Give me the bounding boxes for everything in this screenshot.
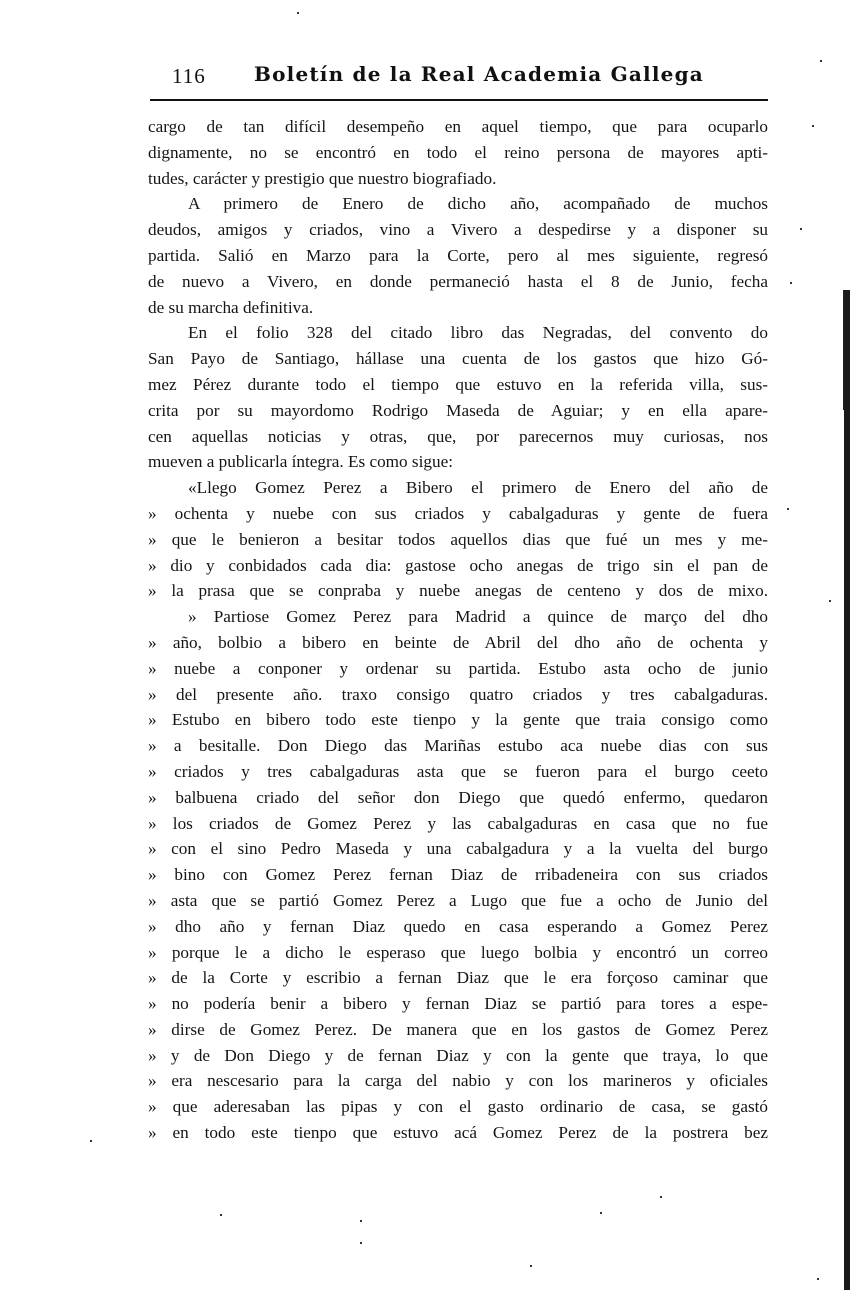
- text-line: mez Pérez durante todo el tiempo que est…: [148, 372, 768, 398]
- scan-speck: [360, 1242, 362, 1244]
- text-line: mueven a publicarla íntegra. Es como sig…: [148, 449, 768, 475]
- text-line: » dio y conbidados cada dia: gastose och…: [148, 553, 768, 579]
- scan-speck: [600, 1212, 602, 1214]
- scan-speck: [800, 228, 802, 230]
- page-number: 116: [172, 64, 206, 89]
- scan-speck: [820, 60, 822, 62]
- text-line: » en todo este tienpo que estuvo acá Gom…: [148, 1120, 768, 1146]
- text-line: » no podería benir a bibero y fernan Dia…: [148, 991, 768, 1017]
- text-line: de su marcha definitiva.: [148, 295, 768, 321]
- text-line: » nuebe a conponer y ordenar su partida.…: [148, 656, 768, 682]
- scan-speck: [817, 1278, 819, 1280]
- text-line: » que le benieron a besitar todos aquell…: [148, 527, 768, 553]
- text-line: A primero de Enero de dicho año, acompañ…: [148, 191, 768, 217]
- text-line: deudos, amigos y criados, vino a Vivero …: [148, 217, 768, 243]
- header-rule: [150, 99, 768, 101]
- text-line: cen aquellas noticias y otras, que, por …: [148, 424, 768, 450]
- scanned-page: 116 Boletín de la Real Academia Gallega …: [0, 0, 850, 1290]
- text-line: San Payo de Santiago, hállase una cuenta…: [148, 346, 768, 372]
- body-text: cargo de tan difícil desempeño en aquel …: [148, 114, 768, 1146]
- text-line: » que aderesaban las pipas y con el gast…: [148, 1094, 768, 1120]
- text-line: » con el sino Pedro Maseda y una cabalga…: [148, 836, 768, 862]
- scan-edge-border: [844, 290, 850, 1290]
- running-title: Boletín de la Real Academia Gallega: [254, 62, 704, 86]
- scan-speck: [530, 1265, 532, 1267]
- scan-speck: [360, 1220, 362, 1222]
- text-line: de nuevo a Vivero, en donde permaneció h…: [148, 269, 768, 295]
- text-line: » asta que se partió Gomez Perez a Lugo …: [148, 888, 768, 914]
- text-line: partida. Salió en Marzo para la Corte, p…: [148, 243, 768, 269]
- text-line: » balbuena criado del señor don Diego qu…: [148, 785, 768, 811]
- text-line: cargo de tan difícil desempeño en aquel …: [148, 114, 768, 140]
- paragraph: En el folio 328 del citado libro das Neg…: [148, 320, 768, 475]
- text-line: » porque le a dicho le esperaso que lueg…: [148, 940, 768, 966]
- text-line: tudes, carácter y prestigio que nuestro …: [148, 166, 768, 192]
- text-line: » y de Don Diego y de fernan Diaz y con …: [148, 1043, 768, 1069]
- text-line: » la prasa que se conpraba y nuebe anega…: [148, 578, 768, 604]
- text-line: En el folio 328 del citado libro das Neg…: [148, 320, 768, 346]
- scan-speck: [297, 12, 299, 14]
- text-line: » bino con Gomez Perez fernan Diaz de rr…: [148, 862, 768, 888]
- scan-speck: [90, 1140, 92, 1142]
- text-line: crita por su mayordomo Rodrigo Maseda de…: [148, 398, 768, 424]
- scan-speck: [790, 282, 792, 284]
- scan-speck: [787, 508, 789, 510]
- paragraph: A primero de Enero de dicho año, acompañ…: [148, 191, 768, 320]
- scan-speck: [220, 1214, 222, 1216]
- scan-speck: [660, 1196, 662, 1198]
- text-line: » a besitalle. Don Diego das Mariñas est…: [148, 733, 768, 759]
- text-line: » era nescesario para la carga del nabio…: [148, 1068, 768, 1094]
- scan-speck: [829, 600, 831, 602]
- page-header: 116 Boletín de la Real Academia Gallega: [160, 62, 768, 96]
- scan-speck: [812, 125, 814, 127]
- text-line: » del presente año. traxo consigo quatro…: [148, 682, 768, 708]
- text-line: » los criados de Gomez Perez y las cabal…: [148, 811, 768, 837]
- text-line: «Llego Gomez Perez a Bibero el primero d…: [148, 475, 768, 501]
- text-line: » Estubo en bibero todo este tienpo y la…: [148, 707, 768, 733]
- text-line: dignamente, no se encontró en todo el re…: [148, 140, 768, 166]
- text-line: » criados y tres cabalgaduras asta que s…: [148, 759, 768, 785]
- text-line: » ochenta y nuebe con sus criados y caba…: [148, 501, 768, 527]
- text-line: » dho año y fernan Diaz quedo en casa es…: [148, 914, 768, 940]
- quoted-paragraph: » Partiose Gomez Perez para Madrid a qui…: [148, 604, 768, 1146]
- text-line: » dirse de Gomez Perez. De manera que en…: [148, 1017, 768, 1043]
- paragraph: cargo de tan difícil desempeño en aquel …: [148, 114, 768, 191]
- text-line: » año, bolbio a bibero en beinte de Abri…: [148, 630, 768, 656]
- text-line: » Partiose Gomez Perez para Madrid a qui…: [148, 604, 768, 630]
- text-line: » de la Corte y escribio a fernan Diaz q…: [148, 965, 768, 991]
- quoted-paragraph: «Llego Gomez Perez a Bibero el primero d…: [148, 475, 768, 604]
